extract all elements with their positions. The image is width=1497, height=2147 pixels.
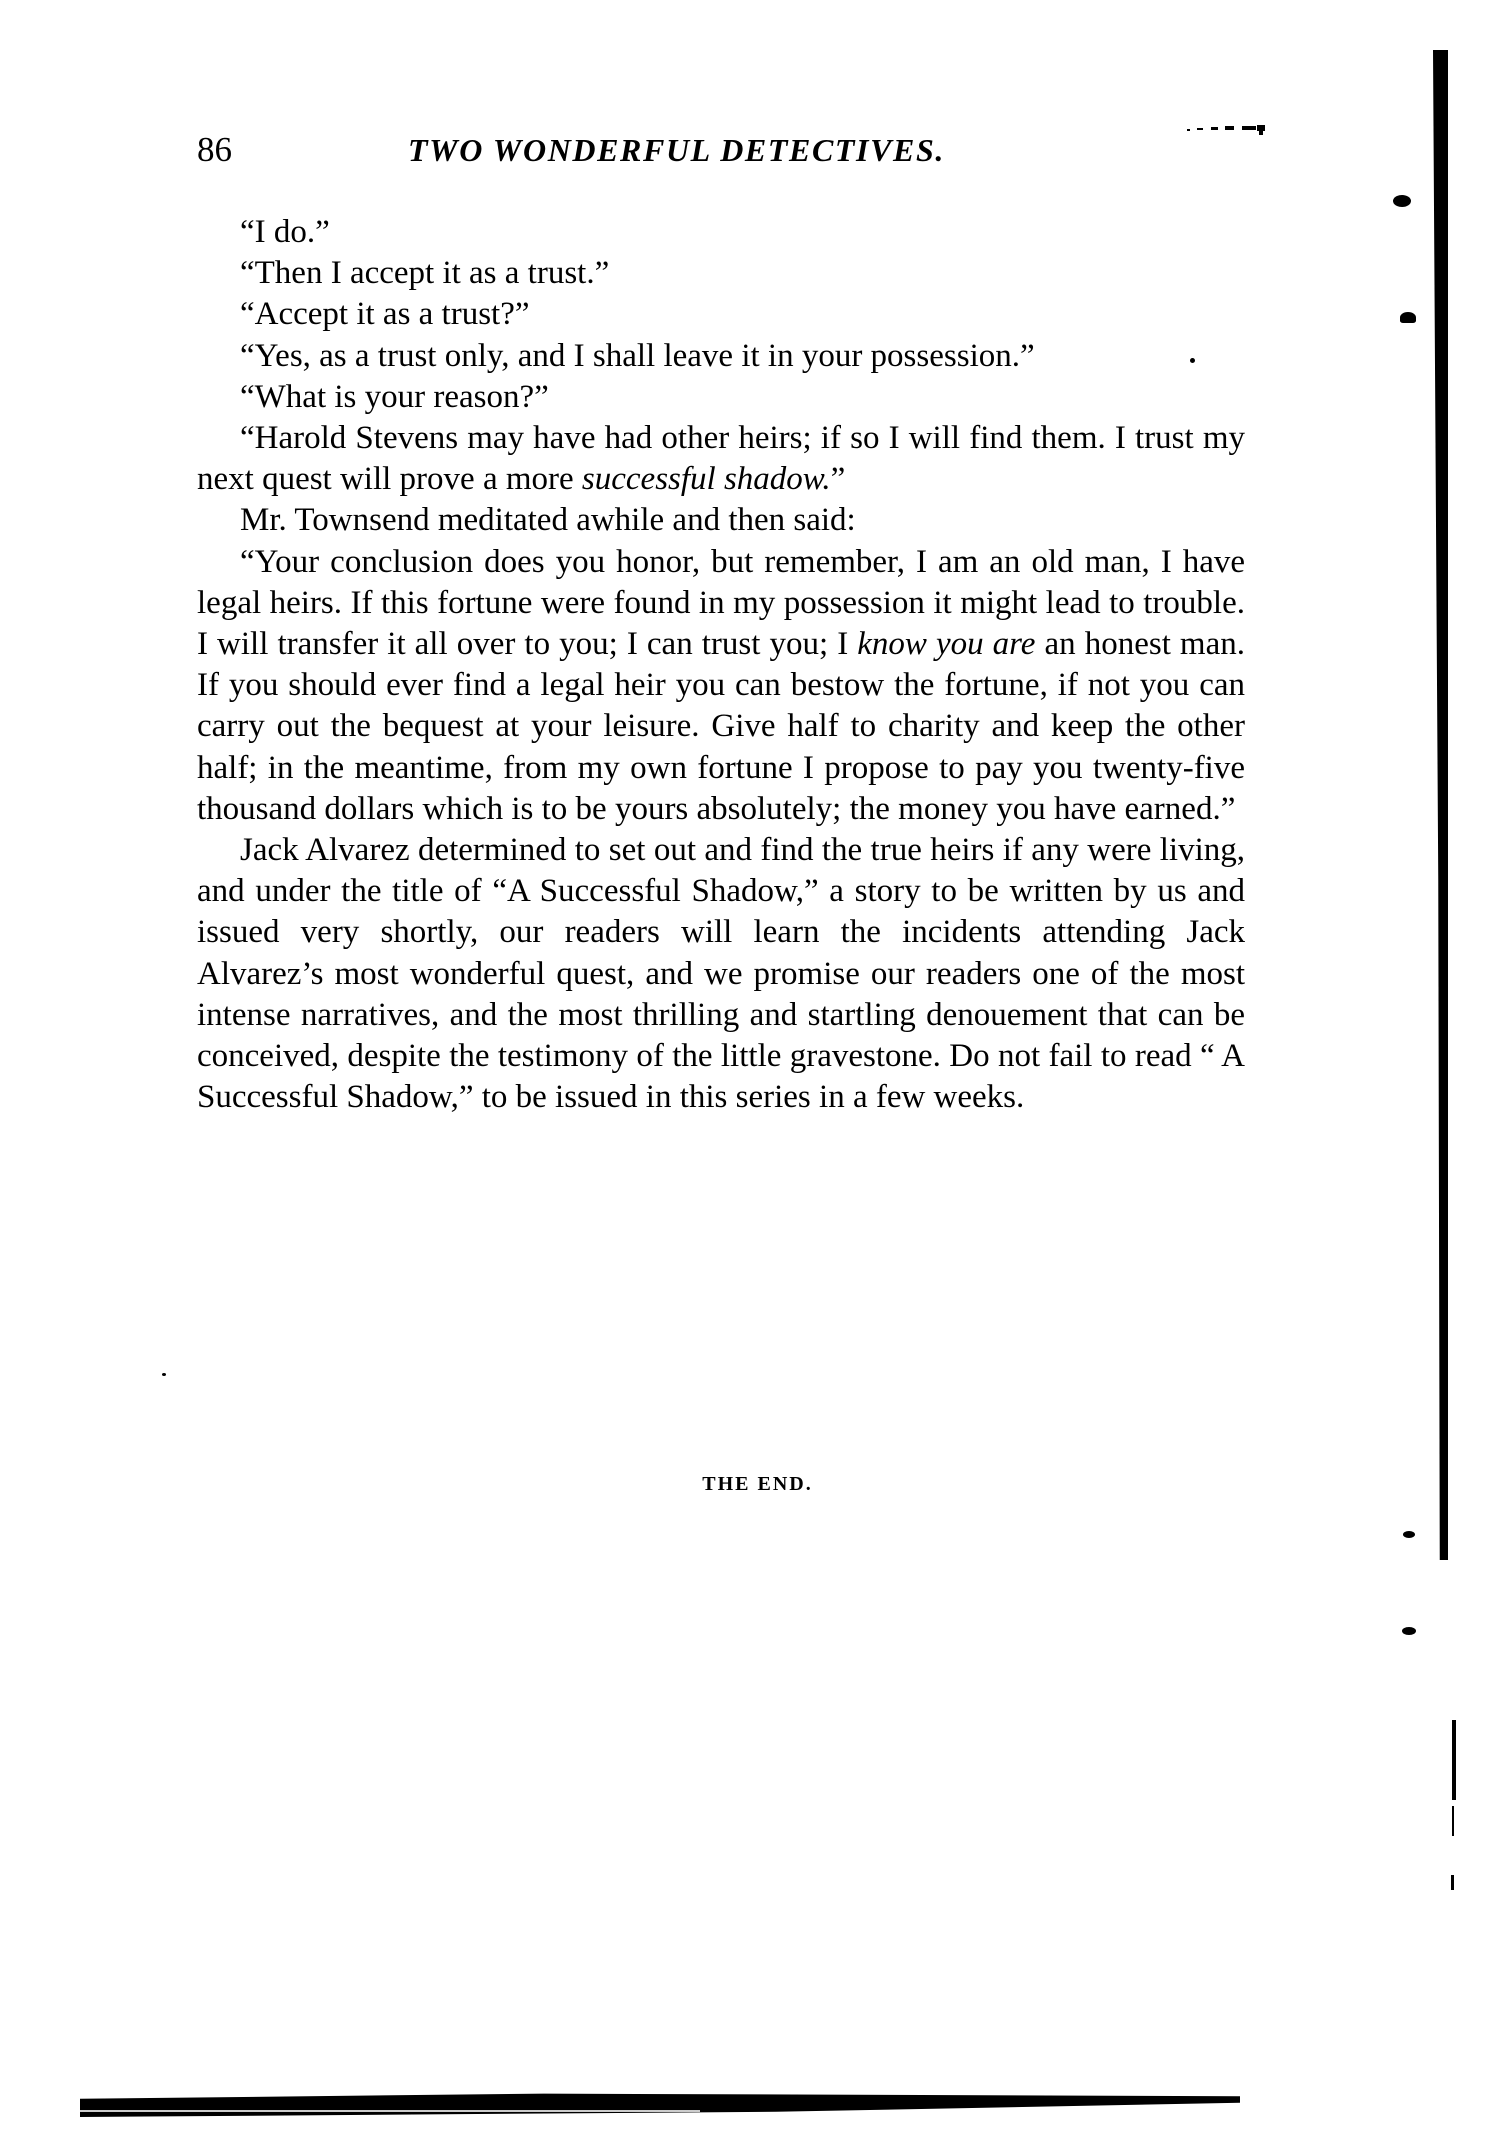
book-page: 86 TWO WONDERFUL DETECTIVES. “I do.”“The… — [0, 0, 1497, 2147]
page-number: 86 — [197, 130, 232, 170]
text-run: Mr. Townsend meditated awhile and then s… — [240, 502, 856, 538]
bottom-scan-bar — [80, 2091, 1240, 2117]
bottom-scan-bar-highlight — [80, 2110, 700, 2112]
text-run: “I do.” — [240, 214, 330, 250]
paragraph: “Yes, as a trust only, and I shall leave… — [197, 336, 1245, 377]
italic-text: successful shadow. — [582, 461, 831, 497]
ink-speck-icon — [1190, 358, 1195, 363]
ink-speck-icon — [1393, 195, 1411, 207]
paragraph: “What is your reason?” — [197, 377, 1245, 418]
text-run: Jack Alvarez determined to set out and f… — [197, 832, 1245, 1115]
running-head: 86 TWO WONDERFUL DETECTIVES. — [197, 126, 1245, 174]
text-run: “Then I accept it as a trust.” — [240, 255, 609, 291]
paragraph: “Your conclusion does you honor, but rem… — [197, 542, 1245, 830]
paragraph: “Accept it as a trust?” — [197, 294, 1245, 335]
paragraph: “I do.” — [197, 212, 1245, 253]
body-text: “I do.”“Then I accept it as a trust.”“Ac… — [197, 212, 1245, 1118]
paragraph: Jack Alvarez determined to set out and f… — [197, 830, 1245, 1118]
ink-speck-icon — [1403, 1531, 1415, 1538]
ink-speck-icon — [1402, 1627, 1416, 1635]
scan-edge-line-lower — [1452, 1720, 1456, 1800]
running-head-title: TWO WONDERFUL DETECTIVES. — [408, 130, 945, 170]
scan-edge-line — [1433, 50, 1448, 1560]
paragraph: “Then I accept it as a trust.” — [197, 253, 1245, 294]
italic-text: know you are — [857, 626, 1035, 662]
ink-speck-icon — [1400, 312, 1416, 323]
closing-the-end: THE END. — [0, 1470, 1497, 1498]
paragraph: Mr. Townsend meditated awhile and then s… — [197, 500, 1245, 541]
text-run: “Accept it as a trust?” — [240, 296, 530, 332]
ink-speck-icon — [162, 1373, 166, 1376]
scan-edge-line-lower — [1452, 1806, 1454, 1836]
scan-edge-line-lower — [1451, 1875, 1454, 1890]
ink-smudge-icon — [1187, 124, 1269, 136]
paragraph: “Harold Stevens may have had other heirs… — [197, 418, 1245, 500]
text-run: ” — [831, 461, 846, 497]
text-run: “What is your reason?” — [240, 379, 549, 415]
text-run: “Yes, as a trust only, and I shall leave… — [240, 338, 1035, 374]
